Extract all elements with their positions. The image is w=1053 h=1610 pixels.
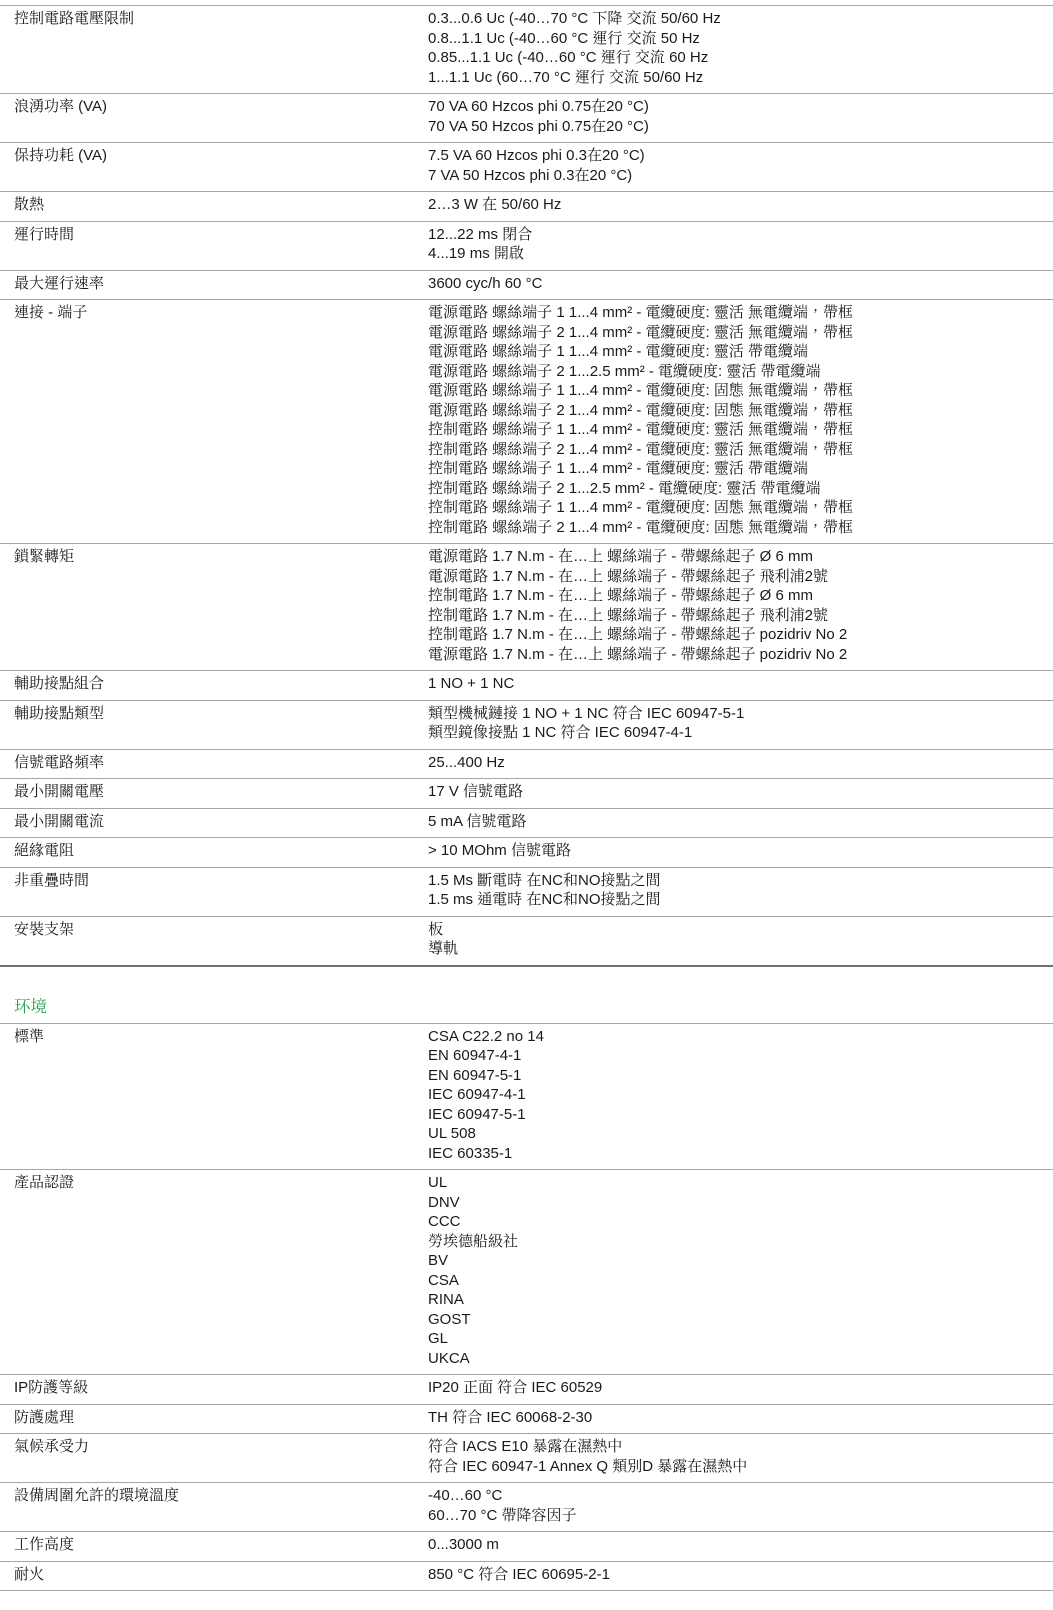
spec-value-line: 控制電路 螺絲端子 2 1...4 mm² - 電纜硬度: 固態 無電纜端，帶框 [428,518,1053,538]
spec-values: > 10 MOhm 信號電路 [428,841,1053,861]
spec-value-line: 2…3 W 在 50/60 Hz [428,195,1053,215]
datasheet-page: 控制電路電壓限制 0.3...0.6 Uc (-40…70 °C 下降 交流 5… [0,0,1053,1591]
spec-value-line: GL [428,1329,1053,1349]
spec-label: 輔助接點類型 [0,704,428,743]
spec-label: 最小開關電壓 [0,782,428,802]
spec-values: 0.3...0.6 Uc (-40…70 °C 下降 交流 50/60 Hz0.… [428,9,1053,87]
spec-value-line: 電源電路 螺絲端子 2 1...4 mm² - 電纜硬度: 固態 無電纜端，帶框 [428,401,1053,421]
spec-value-line: DNV [428,1193,1053,1213]
spec-value-line: 0.3...0.6 Uc (-40…70 °C 下降 交流 50/60 Hz [428,9,1053,29]
spec-label: 耐火 [0,1565,428,1585]
spec-label: 運行時間 [0,225,428,264]
spec-values: CSA C22.2 no 14EN 60947-4-1EN 60947-5-1I… [428,1027,1053,1164]
spec-row: 產品認證 ULDNVCCC勞埃德船級社BVCSARINAGOSTGLUKCA [0,1169,1053,1374]
spec-value-line: 電源電路 螺絲端子 1 1...4 mm² - 電纜硬度: 靈活 帶電纜端 [428,342,1053,362]
spec-row: 安裝支架 板導軌 [0,916,1053,965]
spec-label: 最大運行速率 [0,274,428,294]
spec-row: 運行時間 12...22 ms 閉合4...19 ms 開啟 [0,221,1053,270]
spec-values: 7.5 VA 60 Hzcos phi 0.3在20 °C)7 VA 50 Hz… [428,146,1053,185]
spec-value-line: CSA [428,1271,1053,1291]
spec-value-line: 板 [428,920,1053,940]
spec-row: 氣候承受力 符合 IACS E10 暴露在濕熱中符合 IEC 60947-1 A… [0,1433,1053,1482]
spec-label: 輔助接點組合 [0,674,428,694]
spec-value-line: EN 60947-5-1 [428,1066,1053,1086]
spec-row: 輔助接點組合 1 NO + 1 NC [0,670,1053,700]
spec-value-line: 1...1.1 Uc (60…70 °C 運行 交流 50/60 Hz [428,68,1053,88]
spec-value-line: > 10 MOhm 信號電路 [428,841,1053,861]
spec-value-line: 850 °C 符合 IEC 60695-2-1 [428,1565,1053,1585]
spec-value-line: BV [428,1251,1053,1271]
spec-row: 保持功耗 (VA) 7.5 VA 60 Hzcos phi 0.3在20 °C)… [0,142,1053,191]
spec-label: 工作高度 [0,1535,428,1555]
spec-value-line: 控制電路 螺絲端子 1 1...4 mm² - 電纜硬度: 固態 無電纜端，帶框 [428,498,1053,518]
spec-label: 氣候承受力 [0,1437,428,1476]
spec-value-line: 控制電路 1.7 N.m - 在…上 螺絲端子 - 帶螺絲起子 Ø 6 mm [428,586,1053,606]
spec-value-line: 1.5 ms 通電時 在NC和NO接點之間 [428,890,1053,910]
spec-value-line: 符合 IACS E10 暴露在濕熱中 [428,1437,1053,1457]
spec-value-line: 控制電路 螺絲端子 2 1...4 mm² - 電纜硬度: 靈活 無電纜端，帶框 [428,440,1053,460]
spec-row: IP防護等級 IP20 正面 符合 IEC 60529 [0,1374,1053,1404]
spec-section-environment: 环境 標準 CSA C22.2 no 14EN 60947-4-1EN 6094… [0,998,1053,1592]
spec-value-line: 3600 cyc/h 60 °C [428,274,1053,294]
spec-row: 最大運行速率 3600 cyc/h 60 °C [0,270,1053,300]
spec-values: 70 VA 60 Hzcos phi 0.75在20 °C)70 VA 50 H… [428,97,1053,136]
spec-label: 鎖緊轉矩 [0,547,428,664]
spec-value-line: IEC 60947-5-1 [428,1105,1053,1125]
spec-row: 輔助接點類型 類型機械鏈接 1 NO + 1 NC 符合 IEC 60947-5… [0,700,1053,749]
spec-values: IP20 正面 符合 IEC 60529 [428,1378,1053,1398]
spec-row: 耐火 850 °C 符合 IEC 60695-2-1 [0,1561,1053,1591]
spec-value-line: 60…70 °C 帶降容因子 [428,1506,1053,1526]
spec-values: 17 V 信號電路 [428,782,1053,802]
spec-value-line: 控制電路 螺絲端子 1 1...4 mm² - 電纜硬度: 靈活 無電纜端，帶框 [428,420,1053,440]
spec-row: 浪湧功率 (VA) 70 VA 60 Hzcos phi 0.75在20 °C)… [0,93,1053,142]
spec-value-line: 電源電路 螺絲端子 2 1...4 mm² - 電纜硬度: 靈活 無電纜端，帶框 [428,323,1053,343]
spec-label: 安裝支架 [0,920,428,959]
spec-row: 絕緣電阻 > 10 MOhm 信號電路 [0,837,1053,867]
spec-label: 信號電路頻率 [0,753,428,773]
spec-row: 防護處理 TH 符合 IEC 60068-2-30 [0,1404,1053,1434]
spec-row: 標準 CSA C22.2 no 14EN 60947-4-1EN 60947-5… [0,1023,1053,1170]
spec-value-line: 控制電路 1.7 N.m - 在…上 螺絲端子 - 帶螺絲起子 pozidriv… [428,625,1053,645]
spec-values: 類型機械鏈接 1 NO + 1 NC 符合 IEC 60947-5-1類型鏡像接… [428,704,1053,743]
spec-value-line: 7.5 VA 60 Hzcos phi 0.3在20 °C) [428,146,1053,166]
spec-value-line: 類型鏡像接點 1 NC 符合 IEC 60947-4-1 [428,723,1053,743]
spec-section-characteristics: 控制電路電壓限制 0.3...0.6 Uc (-40…70 °C 下降 交流 5… [0,5,1053,967]
spec-value-line: 25...400 Hz [428,753,1053,773]
spec-values: 3600 cyc/h 60 °C [428,274,1053,294]
spec-value-line: 1.5 Ms 斷電時 在NC和NO接點之間 [428,871,1053,891]
spec-value-line: 0...3000 m [428,1535,1053,1555]
spec-row: 最小開關電流 5 mA 信號電路 [0,808,1053,838]
spec-rows: 標準 CSA C22.2 no 14EN 60947-4-1EN 60947-5… [0,1023,1053,1592]
spec-value-line: IEC 60335-1 [428,1144,1053,1164]
spec-value-line: EN 60947-4-1 [428,1046,1053,1066]
spec-value-line: 電源電路 1.7 N.m - 在…上 螺絲端子 - 帶螺絲起子 飛利浦2號 [428,567,1053,587]
spec-value-line: 電源電路 螺絲端子 1 1...4 mm² - 電纜硬度: 靈活 無電纜端，帶框 [428,303,1053,323]
spec-row: 散熱 2…3 W 在 50/60 Hz [0,191,1053,221]
spec-value-line: IEC 60947-4-1 [428,1085,1053,1105]
spec-values: 1.5 Ms 斷電時 在NC和NO接點之間1.5 ms 通電時 在NC和NO接點… [428,871,1053,910]
spec-values: 5 mA 信號電路 [428,812,1053,832]
spec-label: 連接 - 端子 [0,303,428,537]
spec-row: 控制電路電壓限制 0.3...0.6 Uc (-40…70 °C 下降 交流 5… [0,5,1053,93]
spec-label: 防護處理 [0,1408,428,1428]
section-title-environment: 环境 [14,998,1053,1016]
spec-label: 非重疊時間 [0,871,428,910]
spec-value-line: RINA [428,1290,1053,1310]
spec-value-line: 類型機械鏈接 1 NO + 1 NC 符合 IEC 60947-5-1 [428,704,1053,724]
spec-values: 850 °C 符合 IEC 60695-2-1 [428,1565,1053,1585]
spec-value-line: 電源電路 1.7 N.m - 在…上 螺絲端子 - 帶螺絲起子 Ø 6 mm [428,547,1053,567]
spec-label: 最小開關電流 [0,812,428,832]
spec-value-line: 5 mA 信號電路 [428,812,1053,832]
spec-value-line: GOST [428,1310,1053,1330]
spec-values: TH 符合 IEC 60068-2-30 [428,1408,1053,1428]
spec-row: 設備周圍允許的環境溫度 -40…60 °C60…70 °C 帶降容因子 [0,1482,1053,1531]
spec-value-line: -40…60 °C [428,1486,1053,1506]
spec-label: IP防護等級 [0,1378,428,1398]
spec-value-line: 70 VA 50 Hzcos phi 0.75在20 °C) [428,117,1053,137]
spec-value-line: 1 NO + 1 NC [428,674,1053,694]
spec-values: 符合 IACS E10 暴露在濕熱中符合 IEC 60947-1 Annex Q… [428,1437,1053,1476]
spec-value-line: 7 VA 50 Hzcos phi 0.3在20 °C) [428,166,1053,186]
spec-value-line: 電源電路 螺絲端子 2 1...2.5 mm² - 電纜硬度: 靈活 帶電纜端 [428,362,1053,382]
spec-value-line: 勞埃德船級社 [428,1232,1053,1252]
spec-label: 設備周圍允許的環境溫度 [0,1486,428,1525]
spec-value-line: CSA C22.2 no 14 [428,1027,1053,1047]
spec-label: 產品認證 [0,1173,428,1368]
spec-row: 信號電路頻率 25...400 Hz [0,749,1053,779]
spec-label: 控制電路電壓限制 [0,9,428,87]
spec-value-line: IP20 正面 符合 IEC 60529 [428,1378,1053,1398]
spec-values: 12...22 ms 閉合4...19 ms 開啟 [428,225,1053,264]
spec-values: ULDNVCCC勞埃德船級社BVCSARINAGOSTGLUKCA [428,1173,1053,1368]
spec-row: 鎖緊轉矩 電源電路 1.7 N.m - 在…上 螺絲端子 - 帶螺絲起子 Ø 6… [0,543,1053,670]
spec-value-line: 控制電路 1.7 N.m - 在…上 螺絲端子 - 帶螺絲起子 飛利浦2號 [428,606,1053,626]
spec-value-line: UL [428,1173,1053,1193]
spec-value-line: 17 V 信號電路 [428,782,1053,802]
spec-value-line: 控制電路 螺絲端子 1 1...4 mm² - 電纜硬度: 靈活 帶電纜端 [428,459,1053,479]
spec-value-line: 符合 IEC 60947-1 Annex Q 類別D 暴露在濕熱中 [428,1457,1053,1477]
spec-values: 電源電路 螺絲端子 1 1...4 mm² - 電纜硬度: 靈活 無電纜端，帶框… [428,303,1053,537]
spec-values: 板導軌 [428,920,1053,959]
spec-label: 標準 [0,1027,428,1164]
spec-value-line: UL 508 [428,1124,1053,1144]
spec-value-line: 70 VA 60 Hzcos phi 0.75在20 °C) [428,97,1053,117]
spec-value-line: CCC [428,1212,1053,1232]
spec-value-line: 0.8...1.1 Uc (-40…60 °C 運行 交流 50 Hz [428,29,1053,49]
spec-value-line: 12...22 ms 閉合 [428,225,1053,245]
spec-label: 浪湧功率 (VA) [0,97,428,136]
spec-values: 2…3 W 在 50/60 Hz [428,195,1053,215]
spec-value-line: UKCA [428,1349,1053,1369]
spec-values: 0...3000 m [428,1535,1053,1555]
spec-value-line: 0.85...1.1 Uc (-40…60 °C 運行 交流 60 Hz [428,48,1053,68]
spec-values: 1 NO + 1 NC [428,674,1053,694]
spec-row: 非重疊時間 1.5 Ms 斷電時 在NC和NO接點之間1.5 ms 通電時 在N… [0,867,1053,916]
spec-row: 連接 - 端子 電源電路 螺絲端子 1 1...4 mm² - 電纜硬度: 靈活… [0,299,1053,543]
spec-value-line: 4...19 ms 開啟 [428,244,1053,264]
spec-rows: 控制電路電壓限制 0.3...0.6 Uc (-40…70 °C 下降 交流 5… [0,5,1053,965]
spec-label: 保持功耗 (VA) [0,146,428,185]
spec-label: 散熱 [0,195,428,215]
spec-row: 最小開關電壓 17 V 信號電路 [0,778,1053,808]
spec-row: 工作高度 0...3000 m [0,1531,1053,1561]
spec-values: 電源電路 1.7 N.m - 在…上 螺絲端子 - 帶螺絲起子 Ø 6 mm電源… [428,547,1053,664]
spec-value-line: 電源電路 螺絲端子 1 1...4 mm² - 電纜硬度: 固態 無電纜端，帶框 [428,381,1053,401]
spec-label: 絕緣電阻 [0,841,428,861]
spec-value-line: 電源電路 1.7 N.m - 在…上 螺絲端子 - 帶螺絲起子 pozidriv… [428,645,1053,665]
spec-value-line: 控制電路 螺絲端子 2 1...2.5 mm² - 電纜硬度: 靈活 帶電纜端 [428,479,1053,499]
spec-value-line: 導軌 [428,939,1053,959]
spec-values: 25...400 Hz [428,753,1053,773]
spec-value-line: TH 符合 IEC 60068-2-30 [428,1408,1053,1428]
spec-values: -40…60 °C60…70 °C 帶降容因子 [428,1486,1053,1525]
